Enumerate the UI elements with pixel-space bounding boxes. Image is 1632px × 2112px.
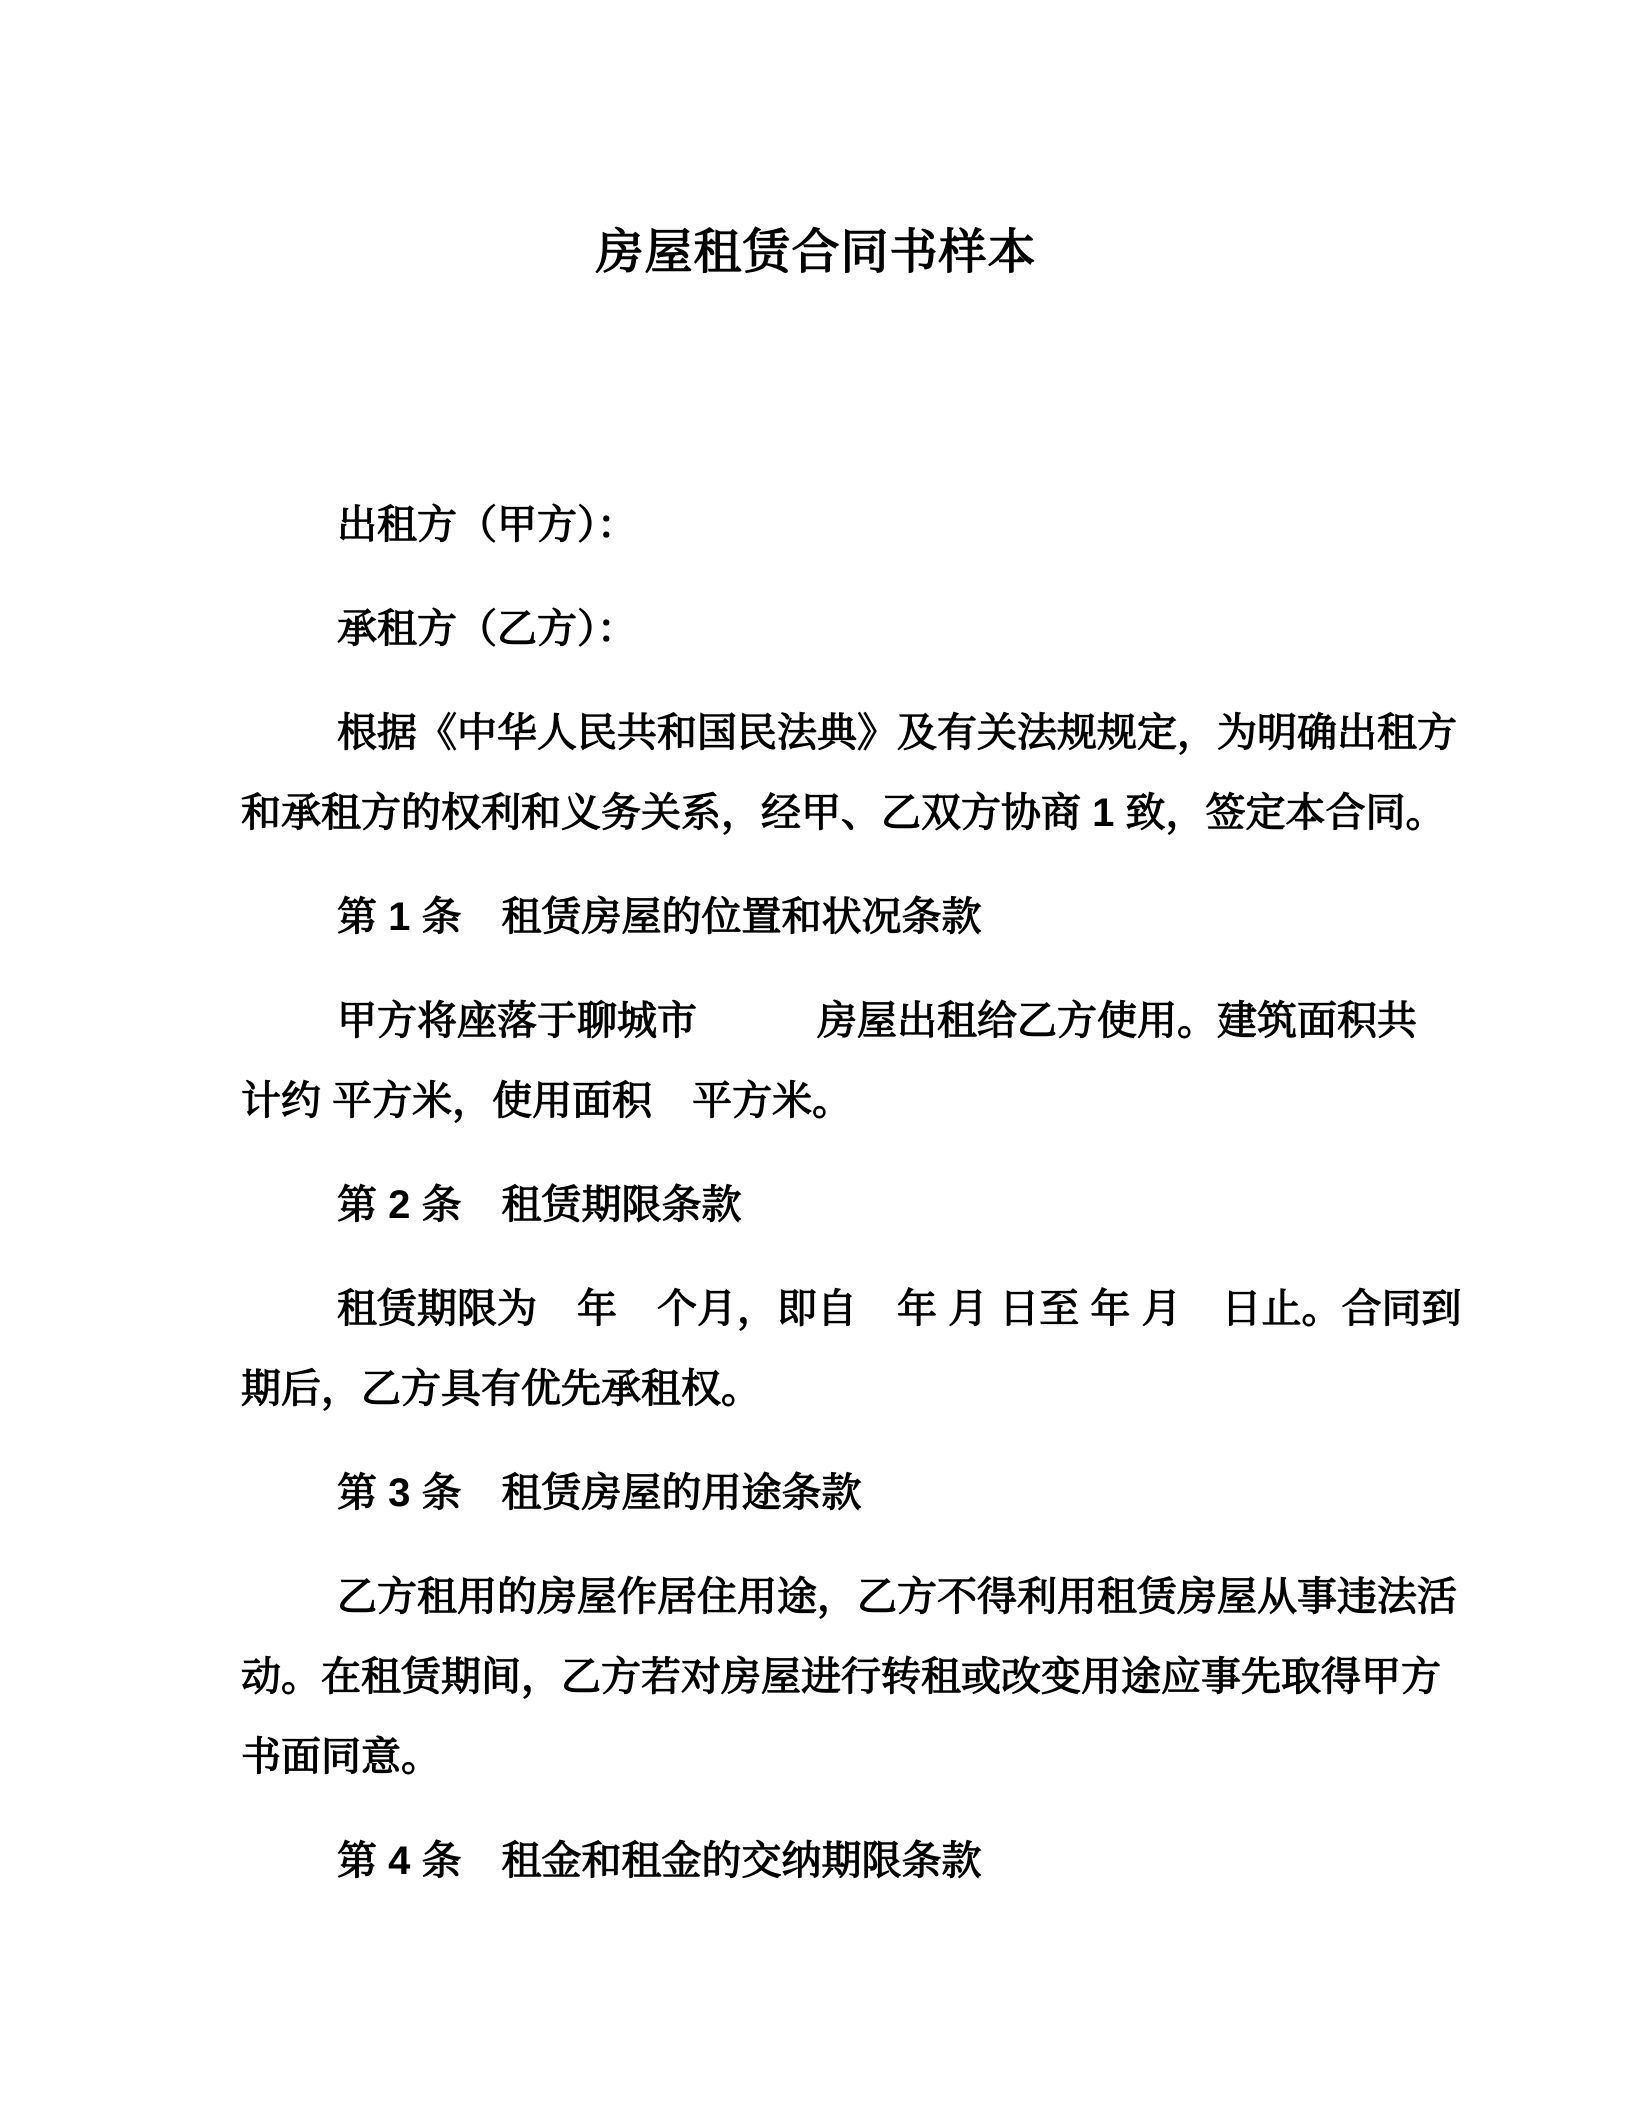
article-3-body: 乙方租用的房屋作居住用途，乙方不得利用租赁房屋从事违法活动。在租赁期间，乙方若对…	[241, 1557, 1572, 1797]
preamble-paragraph: 根据《中华人民共和国民法典》及有关法规规定，为明确出租方和承租方的权利和义务关系…	[241, 693, 1572, 853]
article-1-heading-line-1: 第 1 条 租赁房屋的位置和状况条款	[241, 877, 1572, 957]
article-1-body-line-1: 甲方将座落于聊城市 房屋出租给乙方使用。建筑面积共	[241, 981, 1572, 1061]
article-2-body: 租赁期限为 年 个月，即自 年 月 日至 年 月 日止。合同到期后，乙方具有优先…	[241, 1269, 1572, 1429]
lessor-party-line: 出租方（甲方）：	[241, 485, 1572, 565]
article-1-body: 甲方将座落于聊城市 房屋出租给乙方使用。建筑面积共计约 平方米，使用面积 平方米…	[241, 981, 1572, 1141]
article-2-heading: 第 2 条 租赁期限条款	[241, 1165, 1572, 1245]
article-4-heading: 第 4 条 租金和租金的交纳期限条款	[241, 1821, 1572, 1901]
article-2-body-line-1: 租赁期限为 年 个月，即自 年 月 日至 年 月 日止。合同到	[241, 1269, 1572, 1349]
lessor-party-line-line-1: 出租方（甲方）：	[241, 485, 1572, 565]
preamble-paragraph-line-1: 根据《中华人民共和国民法典》及有关法规规定，为明确出租方	[241, 693, 1572, 773]
article-1-body-line-2: 计约 平方米，使用面积 平方米。	[241, 1061, 1572, 1141]
article-3-body-line-1: 乙方租用的房屋作居住用途，乙方不得利用租赁房屋从事违法活	[241, 1557, 1572, 1637]
article-3-heading: 第 3 条 租赁房屋的用途条款	[241, 1453, 1572, 1533]
article-4-heading-line-1: 第 4 条 租金和租金的交纳期限条款	[241, 1821, 1572, 1901]
lessee-party-line: 承租方（乙方）：	[241, 589, 1572, 669]
article-3-body-line-2: 动。在租赁期间，乙方若对房屋进行转租或改变用途应事先取得甲方	[241, 1637, 1572, 1717]
document-body: 出租方（甲方）：承租方（乙方）：根据《中华人民共和国民法典》及有关法规规定，为明…	[241, 485, 1572, 1901]
article-2-body-line-2: 期后，乙方具有优先承租权。	[241, 1349, 1572, 1429]
article-2-heading-line-1: 第 2 条 租赁期限条款	[241, 1165, 1572, 1245]
article-1-heading: 第 1 条 租赁房屋的位置和状况条款	[241, 877, 1572, 957]
contract-document-page: 房屋租赁合同书样本 出租方（甲方）：承租方（乙方）：根据《中华人民共和国民法典》…	[0, 0, 1632, 2112]
article-3-body-line-3: 书面同意。	[241, 1717, 1572, 1797]
article-3-heading-line-1: 第 3 条 租赁房屋的用途条款	[241, 1453, 1572, 1533]
document-title: 房屋租赁合同书样本	[0, 225, 1632, 281]
lessee-party-line-line-1: 承租方（乙方）：	[241, 589, 1572, 669]
preamble-paragraph-line-2: 和承租方的权利和义务关系，经甲、乙双方协商 1 致，签定本合同。	[241, 773, 1572, 853]
